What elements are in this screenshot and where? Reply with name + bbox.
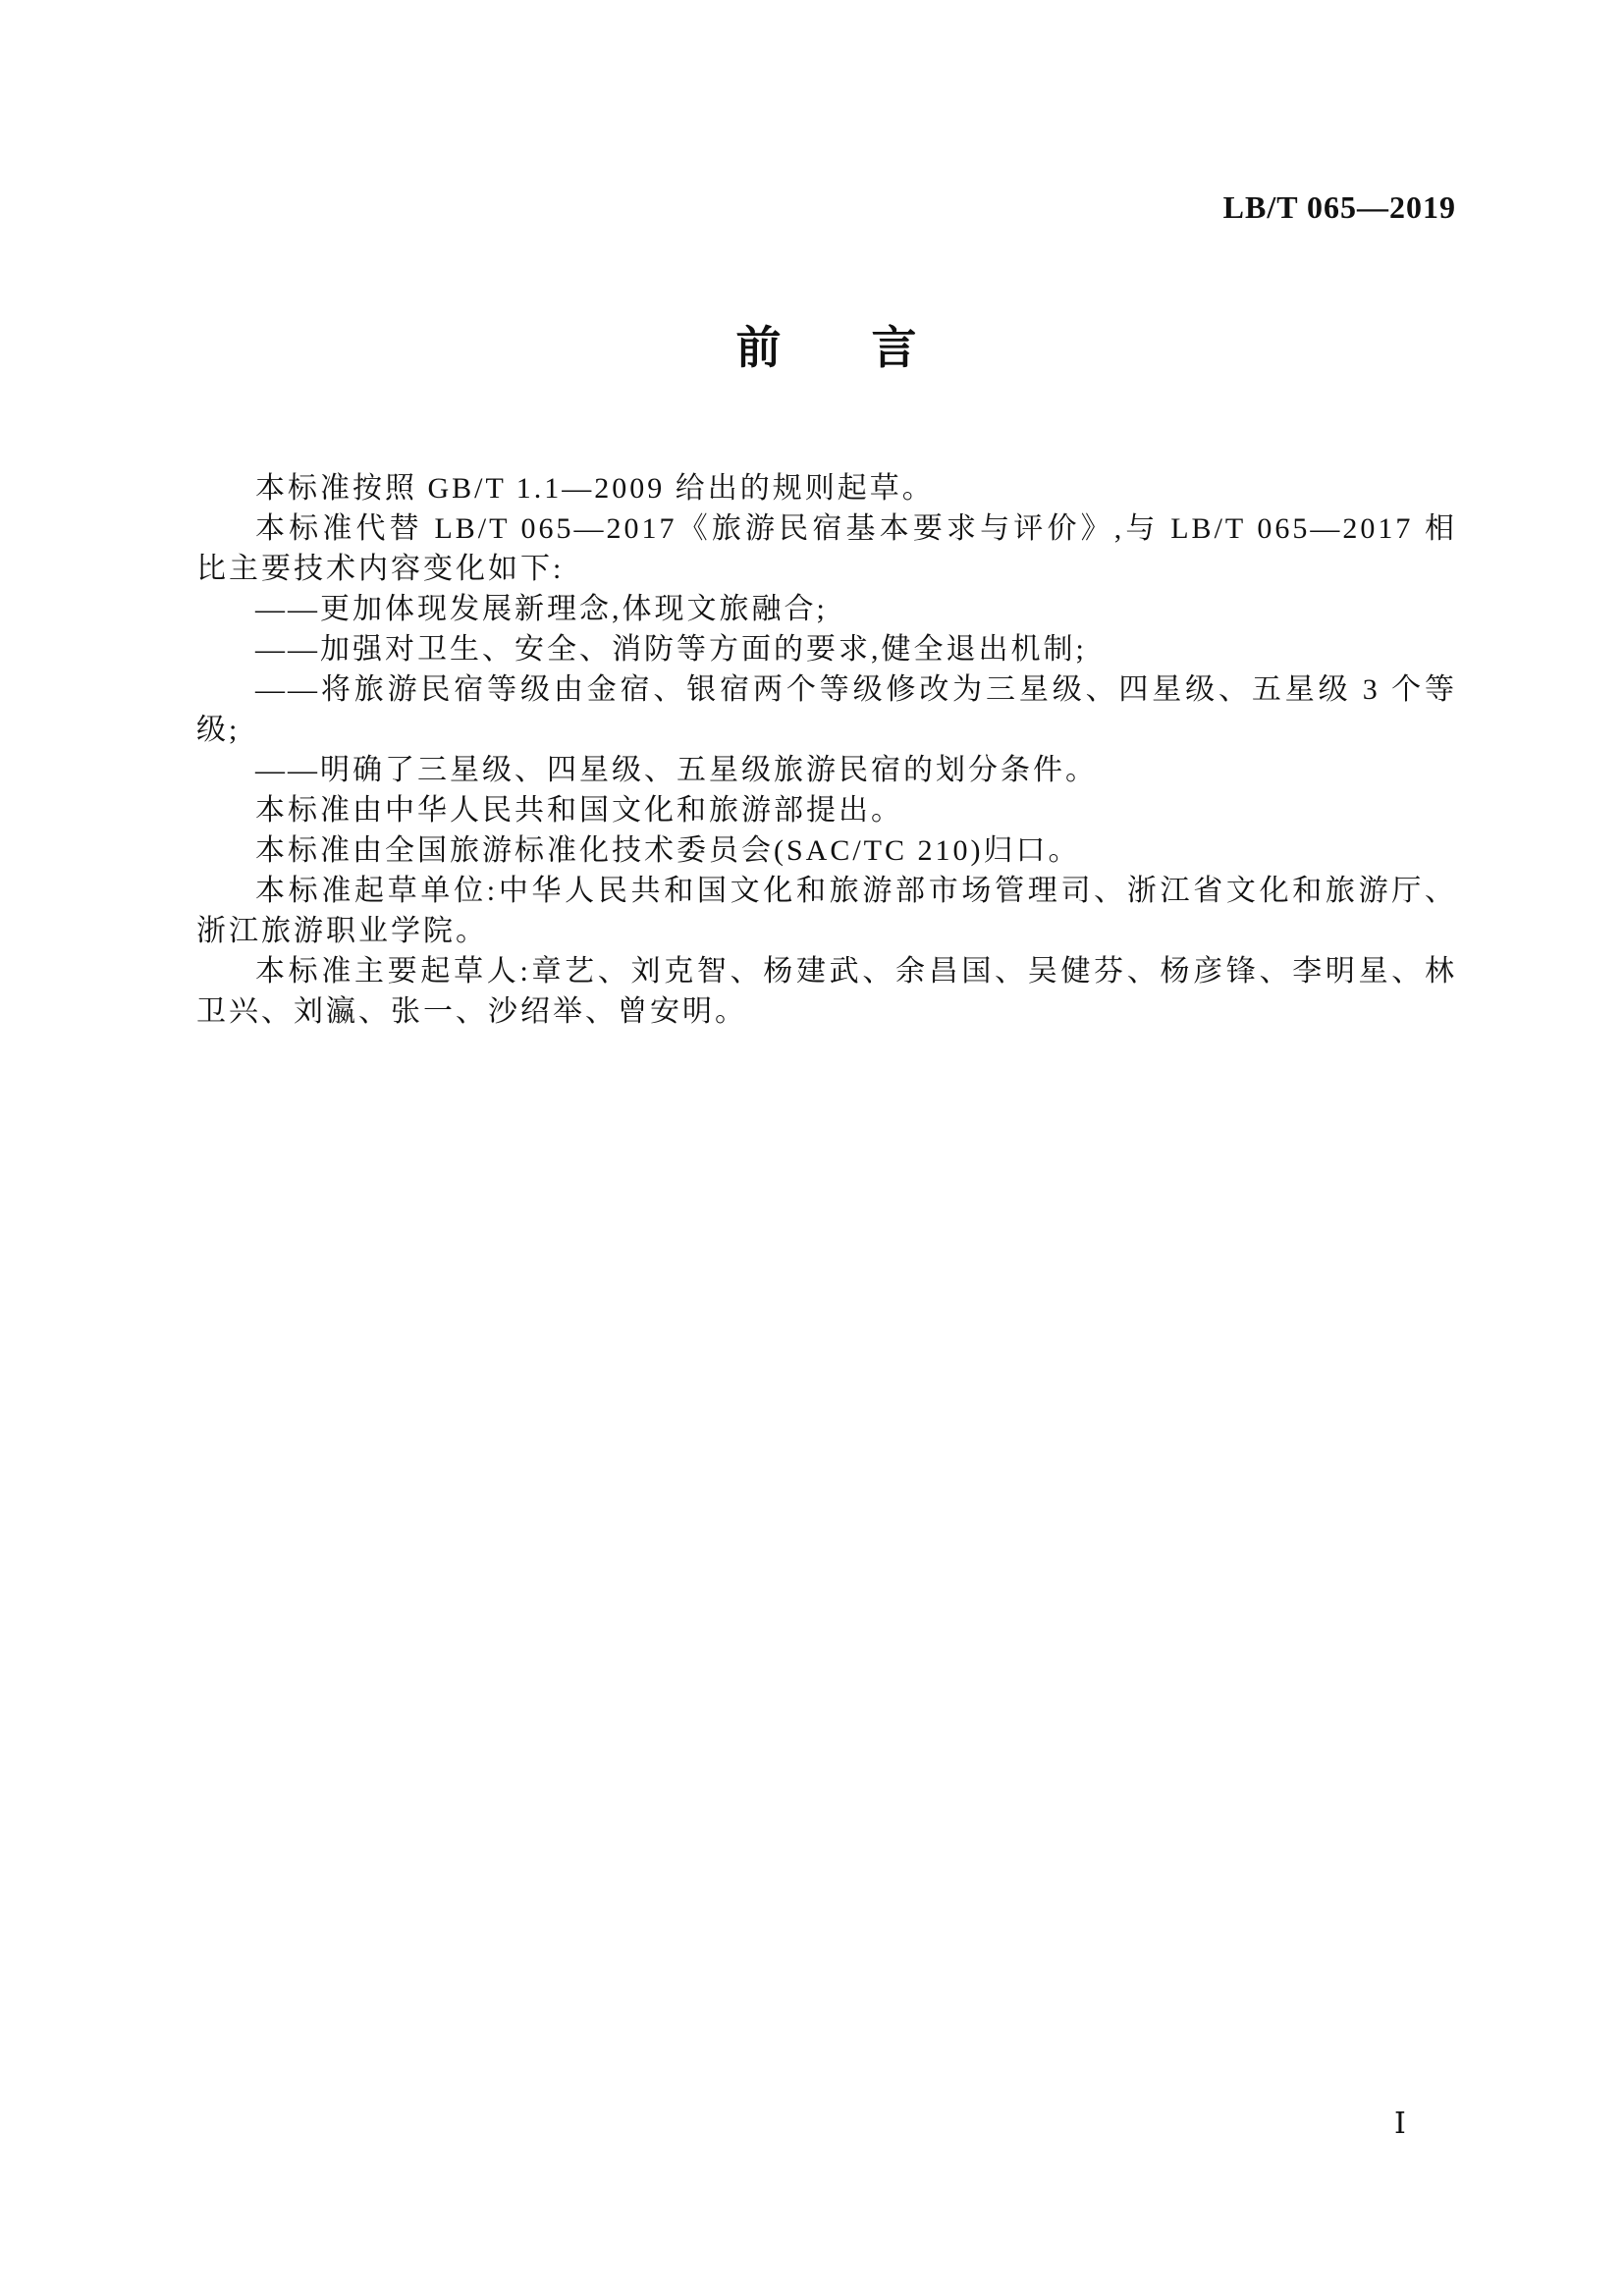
- standard-code: LB/T 065—2019: [196, 189, 1456, 226]
- page-number: Ⅰ: [1394, 2107, 1406, 2141]
- foreword-change-item-2: ——加强对卫生、安全、消防等方面的要求,健全退出机制;: [196, 629, 1457, 669]
- foreword-change-item-3: ——将旅游民宿等级由金宿、银宿两个等级修改为三星级、四星级、五星级 3 个等级;: [196, 669, 1457, 750]
- foreword-title: 前 言: [196, 324, 1456, 374]
- foreword-paragraph-rules: 本标准按照 GB/T 1.1—2009 给出的规则起草。: [196, 468, 1457, 508]
- foreword-paragraph-drafting-units: 本标准起草单位:中华人民共和国文化和旅游部市场管理司、浙江省文化和旅游厅、浙江旅…: [196, 871, 1457, 951]
- foreword-paragraph-drafters: 本标准主要起草人:章艺、刘克智、杨建武、余昌国、吴健芬、杨彦锋、李明星、林卫兴、…: [196, 951, 1457, 1032]
- foreword-paragraph-replaces: 本标准代替 LB/T 065—2017《旅游民宿基本要求与评价》,与 LB/T …: [196, 508, 1457, 589]
- foreword-paragraph-centralized-by: 本标准由全国旅游标准化技术委员会(SAC/TC 210)归口。: [196, 830, 1457, 871]
- foreword-body: 本标准按照 GB/T 1.1—2009 给出的规则起草。 本标准代替 LB/T …: [196, 468, 1457, 1032]
- foreword-paragraph-proposed-by: 本标准由中华人民共和国文化和旅游部提出。: [196, 790, 1457, 830]
- document-page: LB/T 065—2019 前 言 本标准按照 GB/T 1.1—2009 给出…: [0, 0, 1624, 2296]
- foreword-change-item-4: ——明确了三星级、四星级、五星级旅游民宿的划分条件。: [196, 750, 1457, 790]
- foreword-change-item-1: ——更加体现发展新理念,体现文旅融合;: [196, 589, 1457, 629]
